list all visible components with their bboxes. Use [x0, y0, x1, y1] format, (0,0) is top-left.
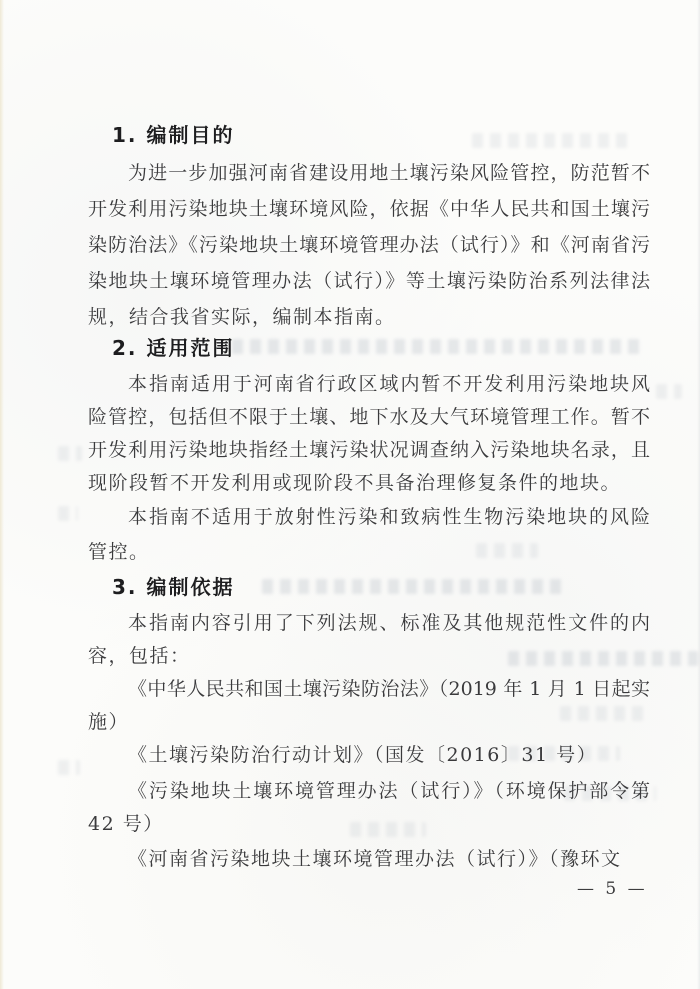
reference-line: 《土壤污染防治行动计划》（国发〔2016〕31 号） — [88, 743, 650, 767]
reference-line: 《污染地块土壤环境管理办法（试行）》（环境保护部令第 — [88, 779, 650, 803]
reference-line: 《中华人民共和国土壤污染防治法》（2019 年 1 月 1 日起实 — [88, 677, 650, 701]
bleedthrough-mark — [656, 384, 682, 399]
body-line: 险管控，包括但不限于土壤、地下水及大气环境管理工作。暂不 — [88, 405, 650, 429]
body-line: 本指南内容引用了下列法规、标准及其他规范性文件的内 — [88, 611, 650, 635]
section-heading-3: 3. 编制依据 — [88, 575, 650, 599]
body-line: 现阶段暂不开发利用或现阶段不具备治理修复条件的地块。 — [88, 471, 650, 495]
scan-edge-left — [0, 0, 4, 989]
body-line: 染防治法》《污染地块土壤环境管理办法（试行）》和《河南省污 — [88, 233, 650, 257]
body-line: 规，结合我省实际，编制本指南。 — [88, 305, 650, 329]
body-line: 开发利用污染地块土壤环境风险，依据《中华人民共和国土壤污 — [88, 197, 650, 221]
bleedthrough-mark — [58, 760, 80, 775]
body-line: 为进一步加强河南省建设用地土壤污染风险管控，防范暂不 — [88, 161, 650, 185]
body-line: 本指南不适用于放射性污染和致病性生物污染地块的风险 — [88, 505, 650, 529]
reference-line: 施） — [88, 710, 650, 734]
bleedthrough-mark — [58, 446, 82, 461]
body-line: 容，包括： — [88, 644, 650, 668]
page-number: — 5 — — [577, 879, 648, 899]
body-line: 开发利用污染地块指经土壤污染状况调查纳入污染地块名录，且 — [88, 438, 650, 462]
section-heading-2: 2. 适用范围 — [88, 336, 650, 360]
section-heading-1: 1. 编制目的 — [88, 123, 650, 147]
body-line: 染地块土壤环境管理办法（试行）》等土壤污染防治系列法律法 — [88, 269, 650, 293]
body-line: 管控。 — [88, 540, 650, 564]
reference-line: 《河南省污染地块土壤环境管理办法（试行）》（豫环文 — [88, 847, 650, 871]
body-line: 本指南适用于河南省行政区域内暂不开发利用污染地块风 — [88, 372, 650, 396]
bleedthrough-mark — [58, 506, 78, 521]
reference-line: 42 号） — [88, 812, 650, 836]
scanned-document-page: 1. 编制目的 为进一步加强河南省建设用地土壤污染风险管控，防范暂不 开发利用污… — [0, 0, 700, 989]
